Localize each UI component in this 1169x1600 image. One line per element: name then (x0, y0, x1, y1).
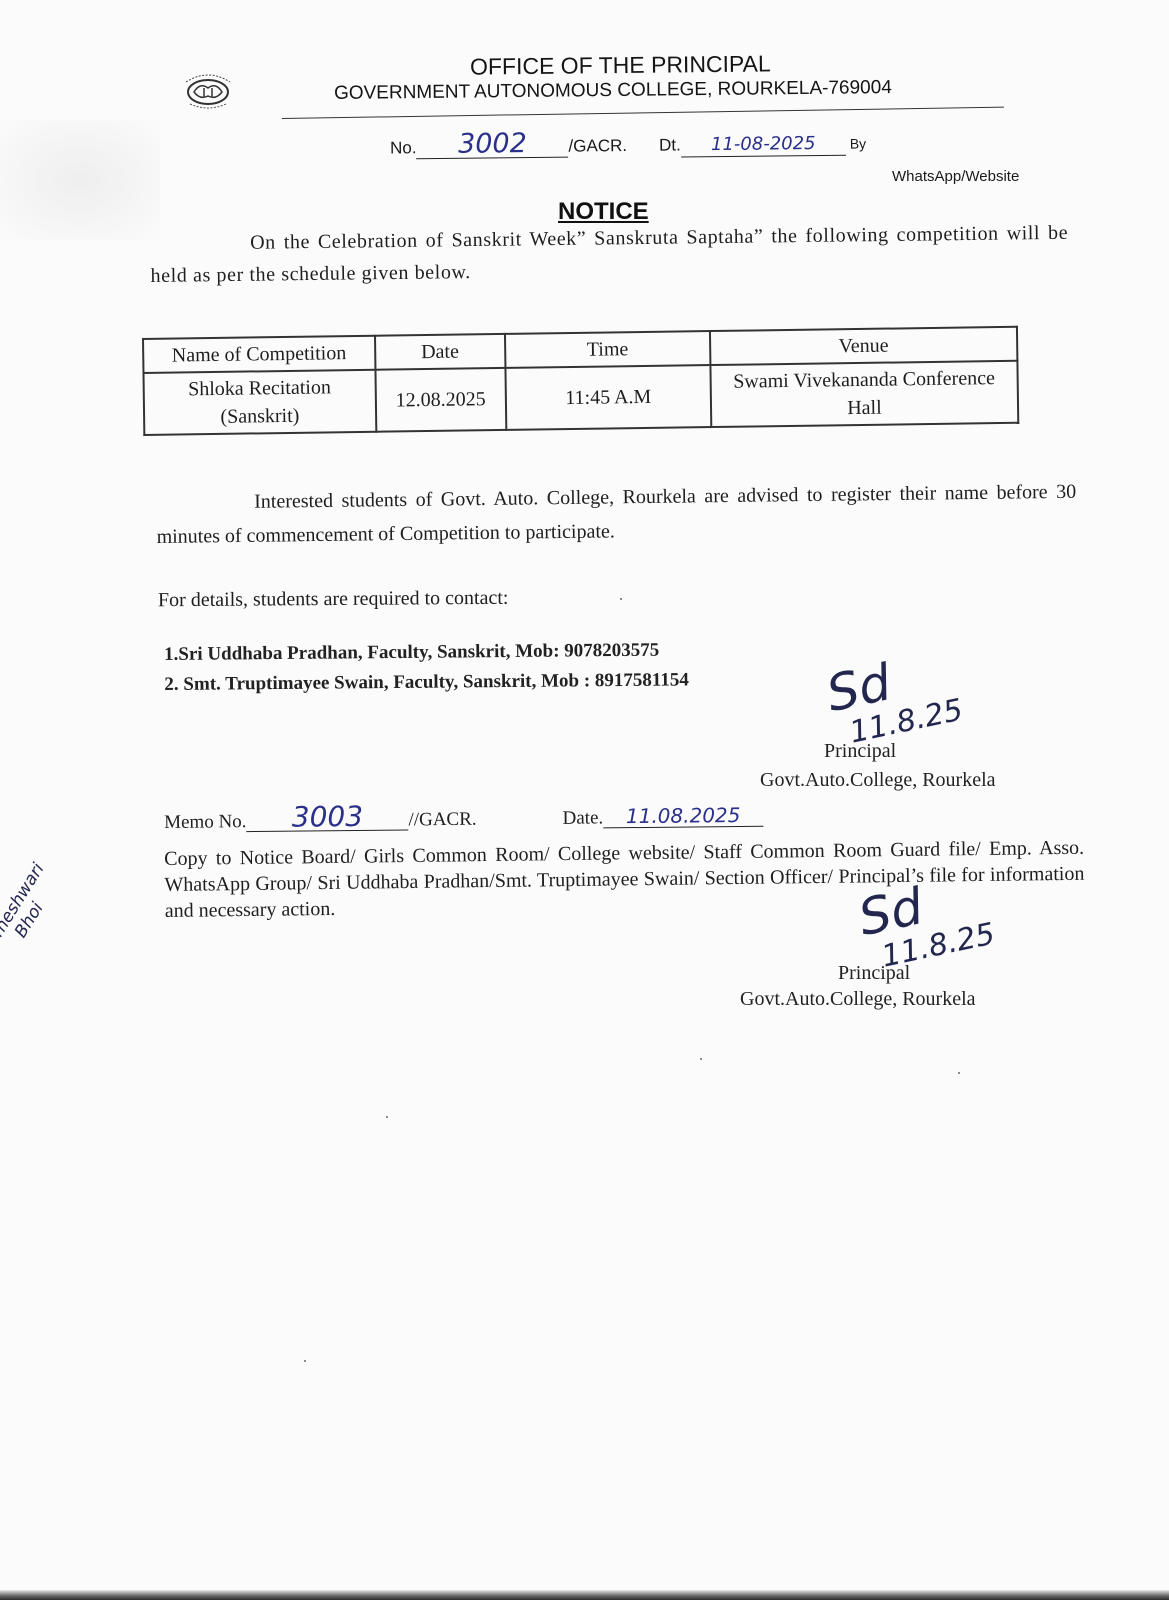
schedule-table: Name of Competition Date Time Venue Shlo… (142, 326, 1019, 436)
office-title: OFFICE OF THE PRINCIPAL (470, 50, 771, 80)
signatory-office: Govt.Auto.College, Rourkela (740, 988, 976, 1011)
header-venue: Venue (710, 327, 1018, 365)
memo-no-label: Memo No. (164, 811, 247, 833)
scan-speck (304, 1360, 306, 1362)
scan-shadow (0, 120, 160, 240)
notice-intro: On the Celebration of Sanskrit Week” San… (150, 217, 1069, 292)
college-emblem-icon (180, 66, 236, 112)
ref-by-label: By (850, 136, 867, 152)
scan-speck (958, 1072, 960, 1074)
table-row: Shloka Recitation (Sanskrit) 12.08.2025 … (143, 361, 1018, 435)
cell-competition: Shloka Recitation (Sanskrit) (143, 370, 375, 435)
ref-no-label: No. (390, 138, 417, 157)
cell-venue: Swami Vivekananda Conference Hall (710, 361, 1018, 427)
header-date: Date (375, 334, 506, 370)
scan-bottom-edge (0, 1590, 1169, 1600)
contact-item: 2. Smt. Truptimayee Swain, Faculty, Sans… (164, 665, 689, 700)
scan-speck (620, 598, 622, 600)
header-competition: Name of Competition (143, 336, 375, 373)
signatory-designation: Principal (838, 962, 910, 985)
memo-no-suffix: //GACR. (408, 809, 476, 831)
distribution-channel: WhatsApp/Website (892, 168, 1019, 185)
memo-date-value: 11.08.2025 (603, 804, 763, 829)
scan-speck (700, 1058, 702, 1060)
ref-date-label: Dt. (659, 135, 681, 154)
contact-list: 1.Sri Uddhaba Pradhan, Faculty, Sanskrit… (164, 635, 689, 700)
registration-note: Interested students of Govt. Auto. Colle… (156, 475, 1077, 554)
memo-no-value: 3003 (246, 803, 408, 832)
cell-date: 12.08.2025 (375, 368, 506, 432)
header-time: Time (505, 331, 710, 368)
header-divider (282, 107, 1004, 119)
signatory-office: Govt.Auto.College, Rourkela (760, 769, 996, 792)
contact-item: 1.Sri Uddhaba Pradhan, Faculty, Sanskrit… (164, 635, 689, 670)
memo-line: Memo No.3003//GACR.Date.11.08.2025 (164, 800, 763, 834)
principal-signature: Sd 11.8.25 (823, 644, 966, 754)
reference-line: No.3002/GACR.Dt.11-08-2025By (390, 128, 866, 161)
margin-endorsement: Rameshwari Bhoi (0, 860, 66, 970)
ref-no-value: 3002 (416, 131, 568, 160)
contact-lead: For details, students are required to co… (158, 587, 509, 612)
college-name: GOVERNMENT AUTONOMOUS COLLEGE, ROURKELA-… (334, 77, 892, 105)
ref-date-value: 11-08-2025 (681, 133, 846, 158)
signatory-designation: Principal (824, 740, 896, 763)
ref-no-suffix: /GACR. (568, 136, 627, 156)
scan-speck (386, 1116, 388, 1118)
cell-time: 11:45 A.M (505, 365, 711, 430)
memo-date-label: Date. (562, 807, 603, 828)
